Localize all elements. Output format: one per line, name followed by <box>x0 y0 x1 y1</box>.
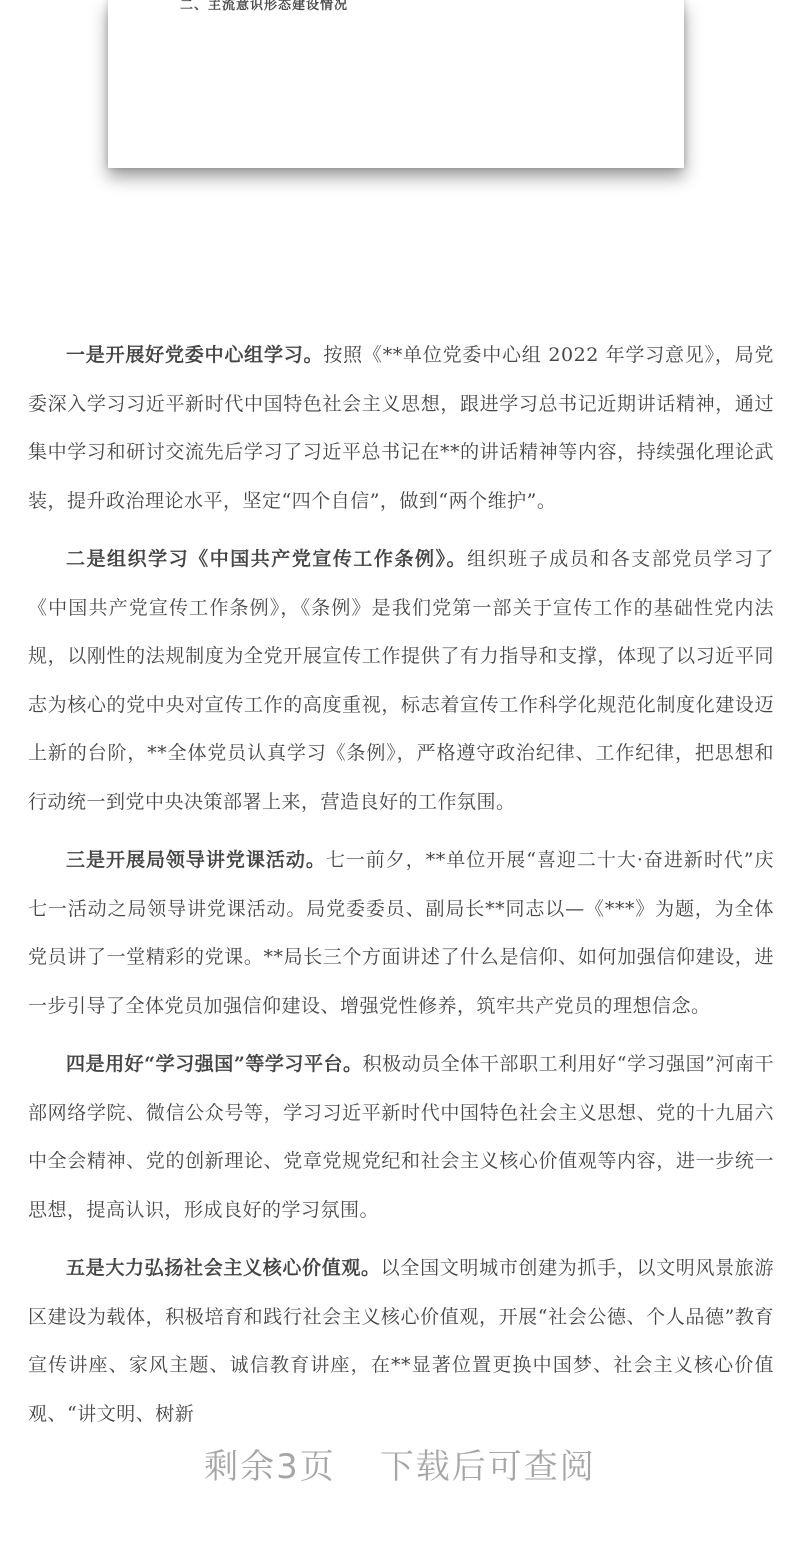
paragraph-5: 五是大力弘扬社会主义核心价值观。以全国文明城市创建为抓手，以文明风景旅游区建设为… <box>28 1244 774 1438</box>
paragraph-3-text: 七一前夕，**单位开展“喜迎二十大·奋进新时代”庆七一活动之局领导讲党课活动。局… <box>28 849 774 1017</box>
section-heading: 二、主流意识形态建设情况 <box>108 0 684 14</box>
paragraph-5-lead: 五是大力弘扬社会主义核心价值观。 <box>66 1257 381 1279</box>
paragraph-4: 四是用好“学习强国”等学习平台。积极动员全体干部职工利用好“学习强国”河南干部网… <box>28 1040 774 1234</box>
paragraph-2-lead: 二是组织学习《中国共产党宣传工作条例》。 <box>66 548 467 570</box>
remaining-pages-label: 剩余3页 <box>204 1445 336 1489</box>
remaining-pages-banner: 剩余3页 下载后可查阅 <box>0 1445 800 1489</box>
paragraph-2-text: 组织班子成员和各支部党员学习了《中国共产党宣传工作条例》，《条例》是我们党第一部… <box>28 548 774 813</box>
paragraph-1-lead: 一是开展好党委中心组学习。 <box>66 344 323 366</box>
download-hint-label: 下载后可查阅 <box>380 1445 596 1489</box>
paragraph-3-lead: 三是开展局领导讲党课活动。 <box>66 849 326 871</box>
paragraph-2: 二是组织学习《中国共产党宣传工作条例》。组织班子成员和各支部党员学习了《中国共产… <box>28 535 774 826</box>
document-body: 一是开展好党委中心组学习。按照《**单位党委中心组 2022 年学习意见》，局党… <box>0 168 800 1438</box>
document-preview-page: 二、主流意识形态建设情况 一是开展好党委中心组学习。按照《**单位党委中心组 2… <box>0 0 800 1438</box>
previous-page-card: 二、主流意识形态建设情况 <box>108 0 684 168</box>
paragraph-3: 三是开展局领导讲党课活动。七一前夕，**单位开展“喜迎二十大·奋进新时代”庆七一… <box>28 836 774 1030</box>
paragraph-1-text: 按照《**单位党委中心组 2022 年学习意见》，局党委深入学习习近平新时代中国… <box>28 344 774 512</box>
paragraph-5-text: 以全国文明城市创建为抓手，以文明风景旅游区建设为载体，积极培育和践行社会主义核心… <box>28 1257 774 1425</box>
paragraph-4-text: 积极动员全体干部职工利用好“学习强国”河南干部网络学院、微信公众号等，学习习近平… <box>28 1053 774 1221</box>
paragraph-4-lead: 四是用好“学习强国”等学习平台。 <box>66 1053 363 1075</box>
paragraph-1: 一是开展好党委中心组学习。按照《**单位党委中心组 2022 年学习意见》，局党… <box>28 331 774 525</box>
